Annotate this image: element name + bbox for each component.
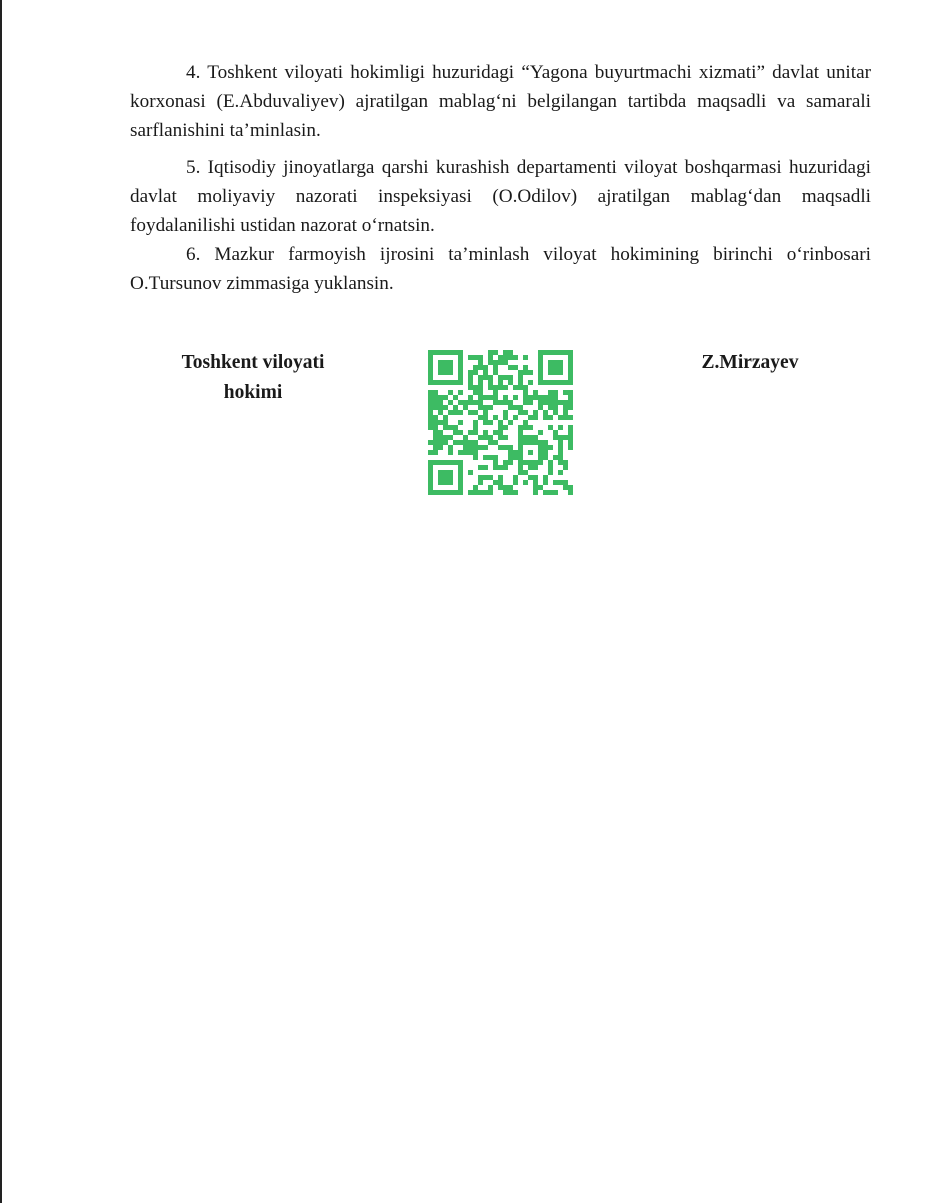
paragraph-5: 5. Iqtisodiy jinoyatlarga qarshi kurashi… <box>130 153 871 240</box>
document-body: 4. Toshkent viloyati hokimligi huzuridag… <box>130 58 871 298</box>
qr-code-icon <box>428 350 573 495</box>
paragraph-6: 6. Mazkur farmoyish ijrosini ta’minlash … <box>130 240 871 298</box>
signatory-name: Z.Mirzayev <box>680 348 820 378</box>
page-left-border <box>0 0 2 1203</box>
signatory-title-line2: hokimi <box>160 378 346 408</box>
signatory-title: Toshkent viloyati hokimi <box>160 348 346 408</box>
paragraph-4: 4. Toshkent viloyati hokimligi huzuridag… <box>130 58 871 145</box>
signatory-title-line1: Toshkent viloyati <box>160 348 346 378</box>
